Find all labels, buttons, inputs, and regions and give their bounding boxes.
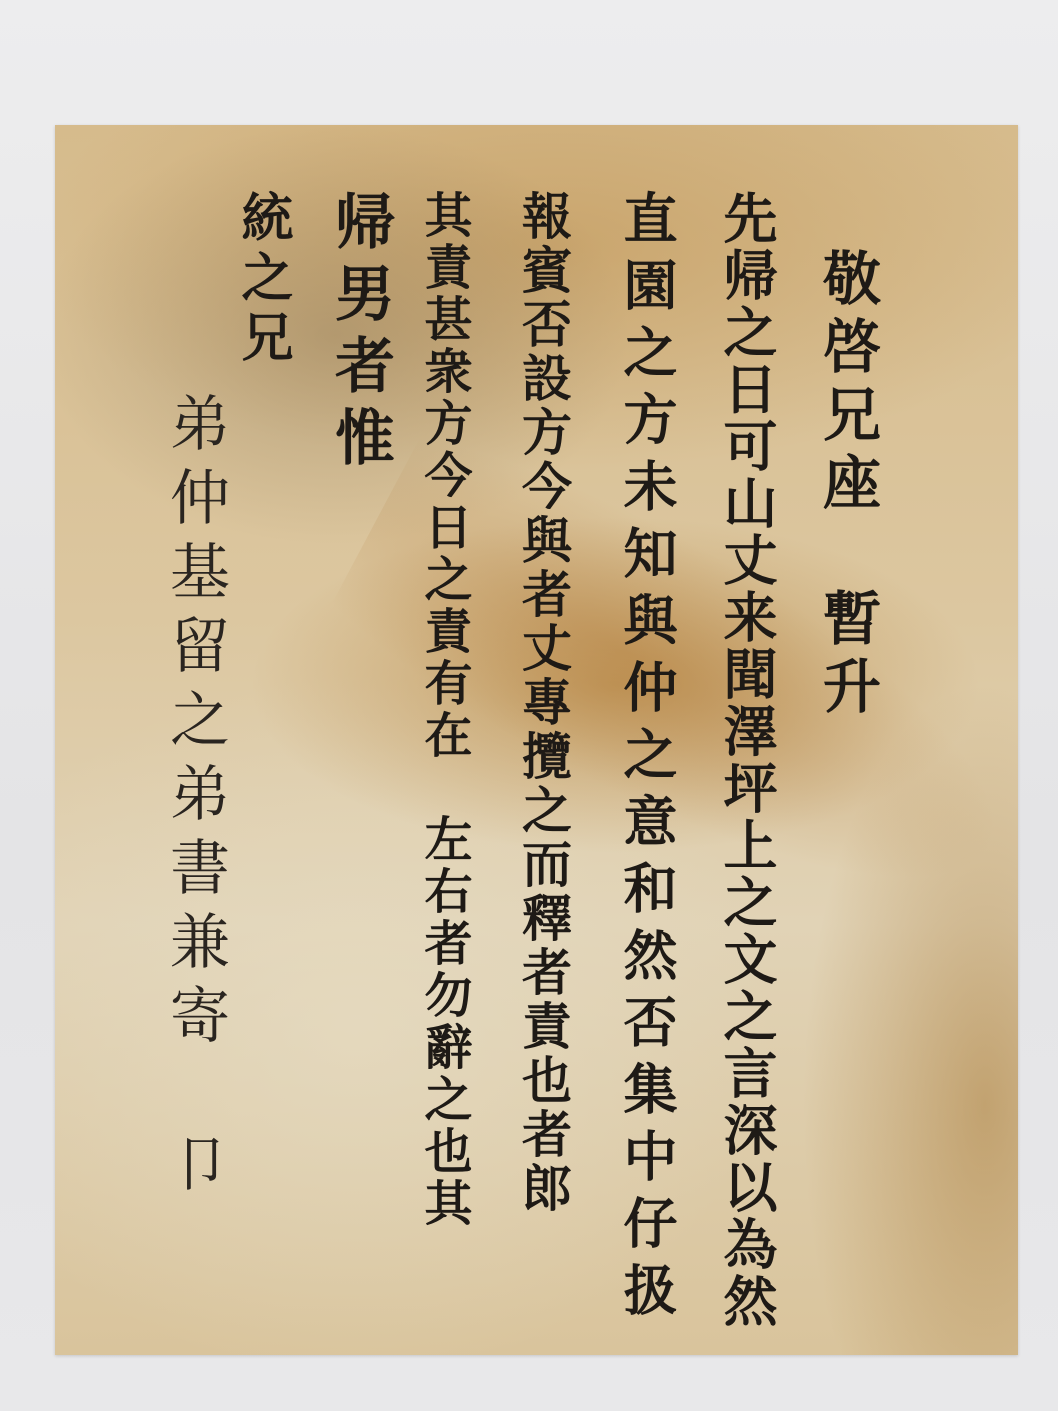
body-column-5: 帰男者惟	[330, 190, 390, 478]
salutation-column: 敬啓兄座 暫升	[818, 248, 876, 724]
body-column-3: 報賓否設方今與者丈專攬之而釋者責也者郎	[518, 190, 568, 1216]
body-column-2: 直園之方未知與仲之意和然否集中仔扱	[620, 190, 674, 1329]
signature-column: 弟仲基留之弟書兼寄 卩	[165, 392, 225, 1206]
closing-column: 統之兄	[236, 190, 288, 370]
body-column-1: 先帰之日可山丈来聞澤坪上之文之言深以為然	[720, 190, 774, 1330]
body-column-4: 其責甚衆方今日之責有在 左右者勿辭之也其	[420, 190, 468, 1230]
